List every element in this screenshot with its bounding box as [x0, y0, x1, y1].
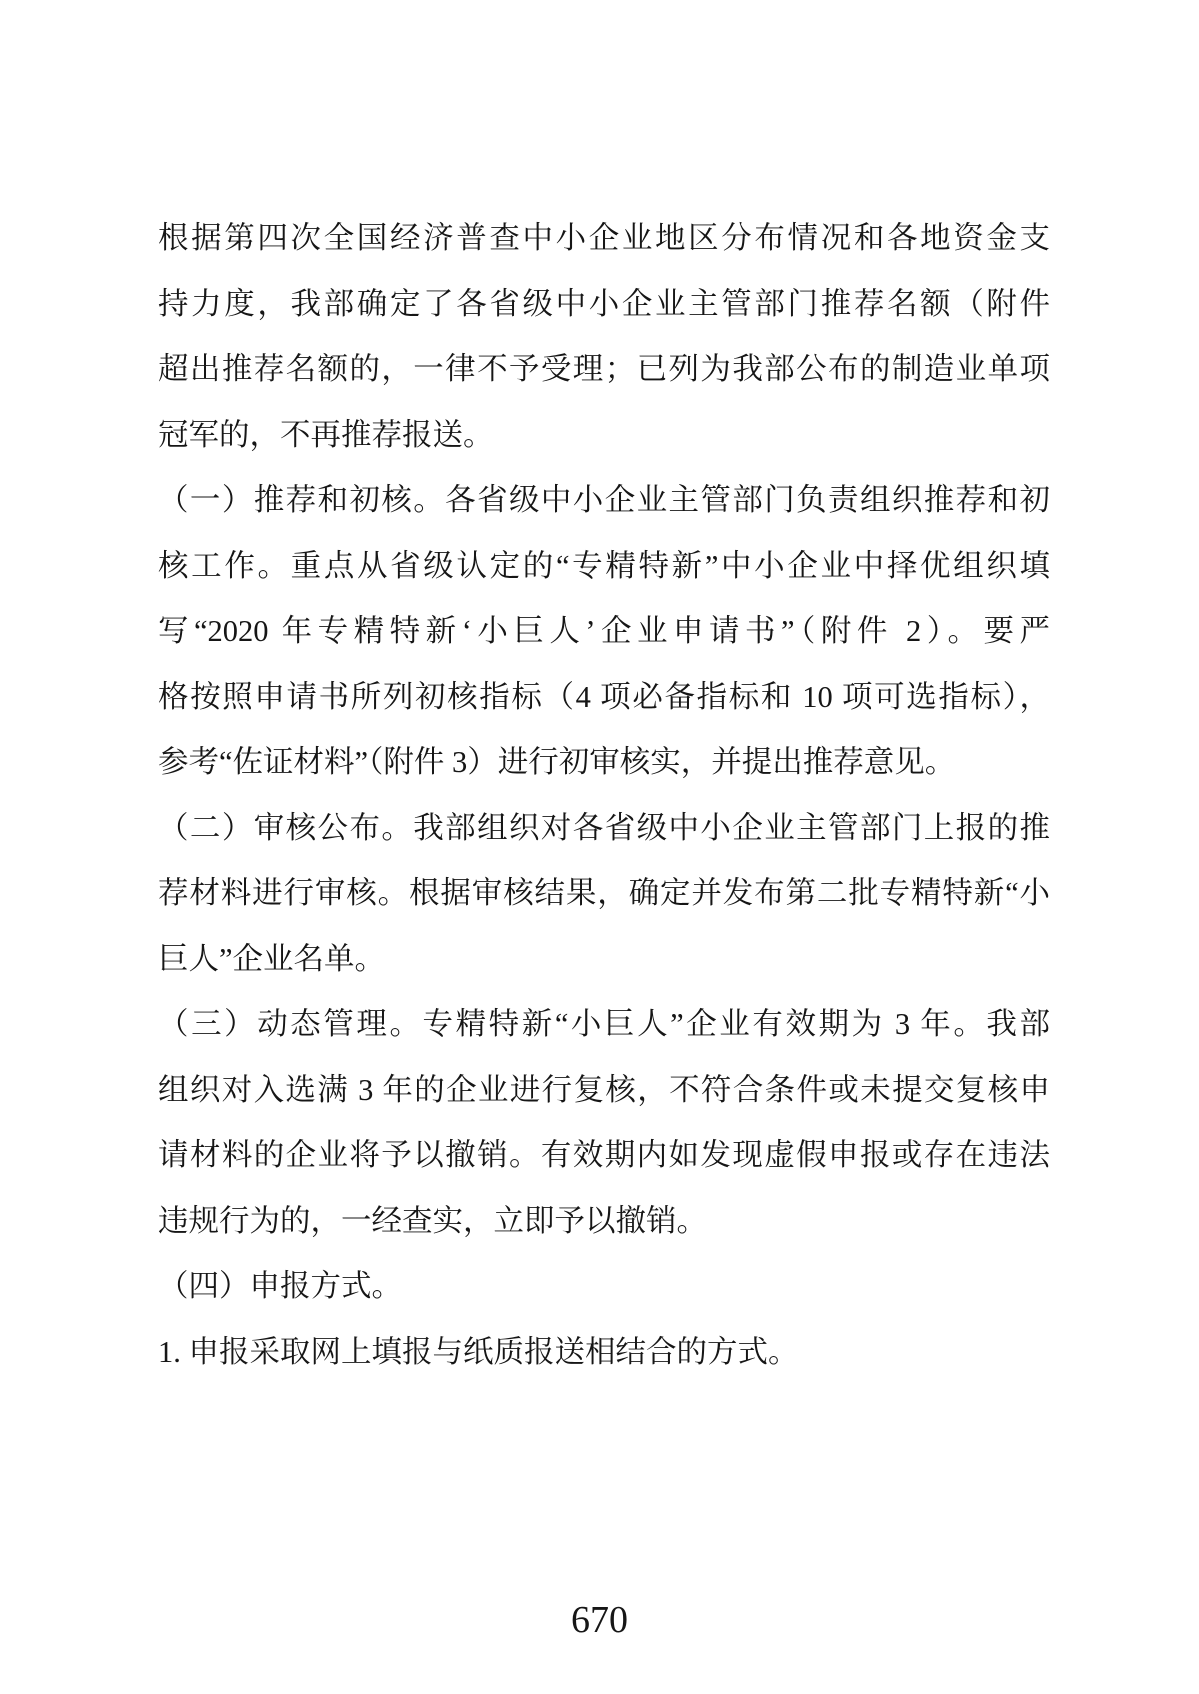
text-line: 违规行为的，一经查实，立即予以撤销。 [158, 1189, 1050, 1255]
text-line: 荐材料进行审核。根据审核结果，确定并发布第二批专精特新“小 [158, 861, 1050, 927]
text-line: 1. 申报采取网上填报与纸质报送相结合的方式。 [158, 1320, 1050, 1386]
text-line: 参考“佐证材料”（附件 3）进行初审核实，并提出推荐意见。 [158, 730, 1050, 796]
text-line: （四）申报方式。 [158, 1254, 1050, 1320]
paragraph: （一）推荐和初核。各省级中小企业主管部门负责组织推荐和初 核工作。重点从省级认定… [158, 468, 1050, 796]
text-line: 巨人”企业名单。 [158, 927, 1050, 993]
text-line: 写“2020 年专精特新‘小巨人’企业申请书”（附件 2）。要严 [158, 599, 1050, 665]
text-line: 核工作。重点从省级认定的“专精特新”中小企业中择优组织填 [158, 534, 1050, 600]
text-line: 请材料的企业将予以撤销。有效期内如发现虚假申报或存在违法 [158, 1123, 1050, 1189]
paragraph: 根据第四次全国经济普查中小企业地区分布情况和各地资金支 持力度，我部确定了各省级… [158, 206, 1050, 468]
paragraph: （四）申报方式。 [158, 1254, 1050, 1320]
paragraph: （三）动态管理。专精特新“小巨人”企业有效期为 3 年。我部 组织对入选满 3 … [158, 992, 1050, 1254]
text-line: 冠军的，不再推荐报送。 [158, 403, 1050, 469]
document-page: 根据第四次全国经济普查中小企业地区分布情况和各地资金支 持力度，我部确定了各省级… [0, 0, 1199, 1694]
text-line: 超出推荐名额的，一律不予受理；已列为我部公布的制造业单项 [158, 337, 1050, 403]
body-text: 根据第四次全国经济普查中小企业地区分布情况和各地资金支 持力度，我部确定了各省级… [158, 206, 1050, 1385]
paragraph: （二）审核公布。我部组织对各省级中小企业主管部门上报的推 荐材料进行审核。根据审… [158, 796, 1050, 993]
text-line: （一）推荐和初核。各省级中小企业主管部门负责组织推荐和初 [158, 468, 1050, 534]
text-line: （三）动态管理。专精特新“小巨人”企业有效期为 3 年。我部 [158, 992, 1050, 1058]
paragraph: 1. 申报采取网上填报与纸质报送相结合的方式。 [158, 1320, 1050, 1386]
text-line: 组织对入选满 3 年的企业进行复核，不符合条件或未提交复核申 [158, 1058, 1050, 1124]
text-line: 格按照申请书所列初核指标（4 项必备指标和 10 项可选指标）， [158, 665, 1050, 731]
page-number: 670 [0, 1594, 1199, 1646]
text-line: （二）审核公布。我部组织对各省级中小企业主管部门上报的推 [158, 796, 1050, 862]
text-line: 持力度，我部确定了各省级中小企业主管部门推荐名额（附件 1）。 [158, 272, 1050, 338]
text-line: 根据第四次全国经济普查中小企业地区分布情况和各地资金支 [158, 206, 1050, 272]
